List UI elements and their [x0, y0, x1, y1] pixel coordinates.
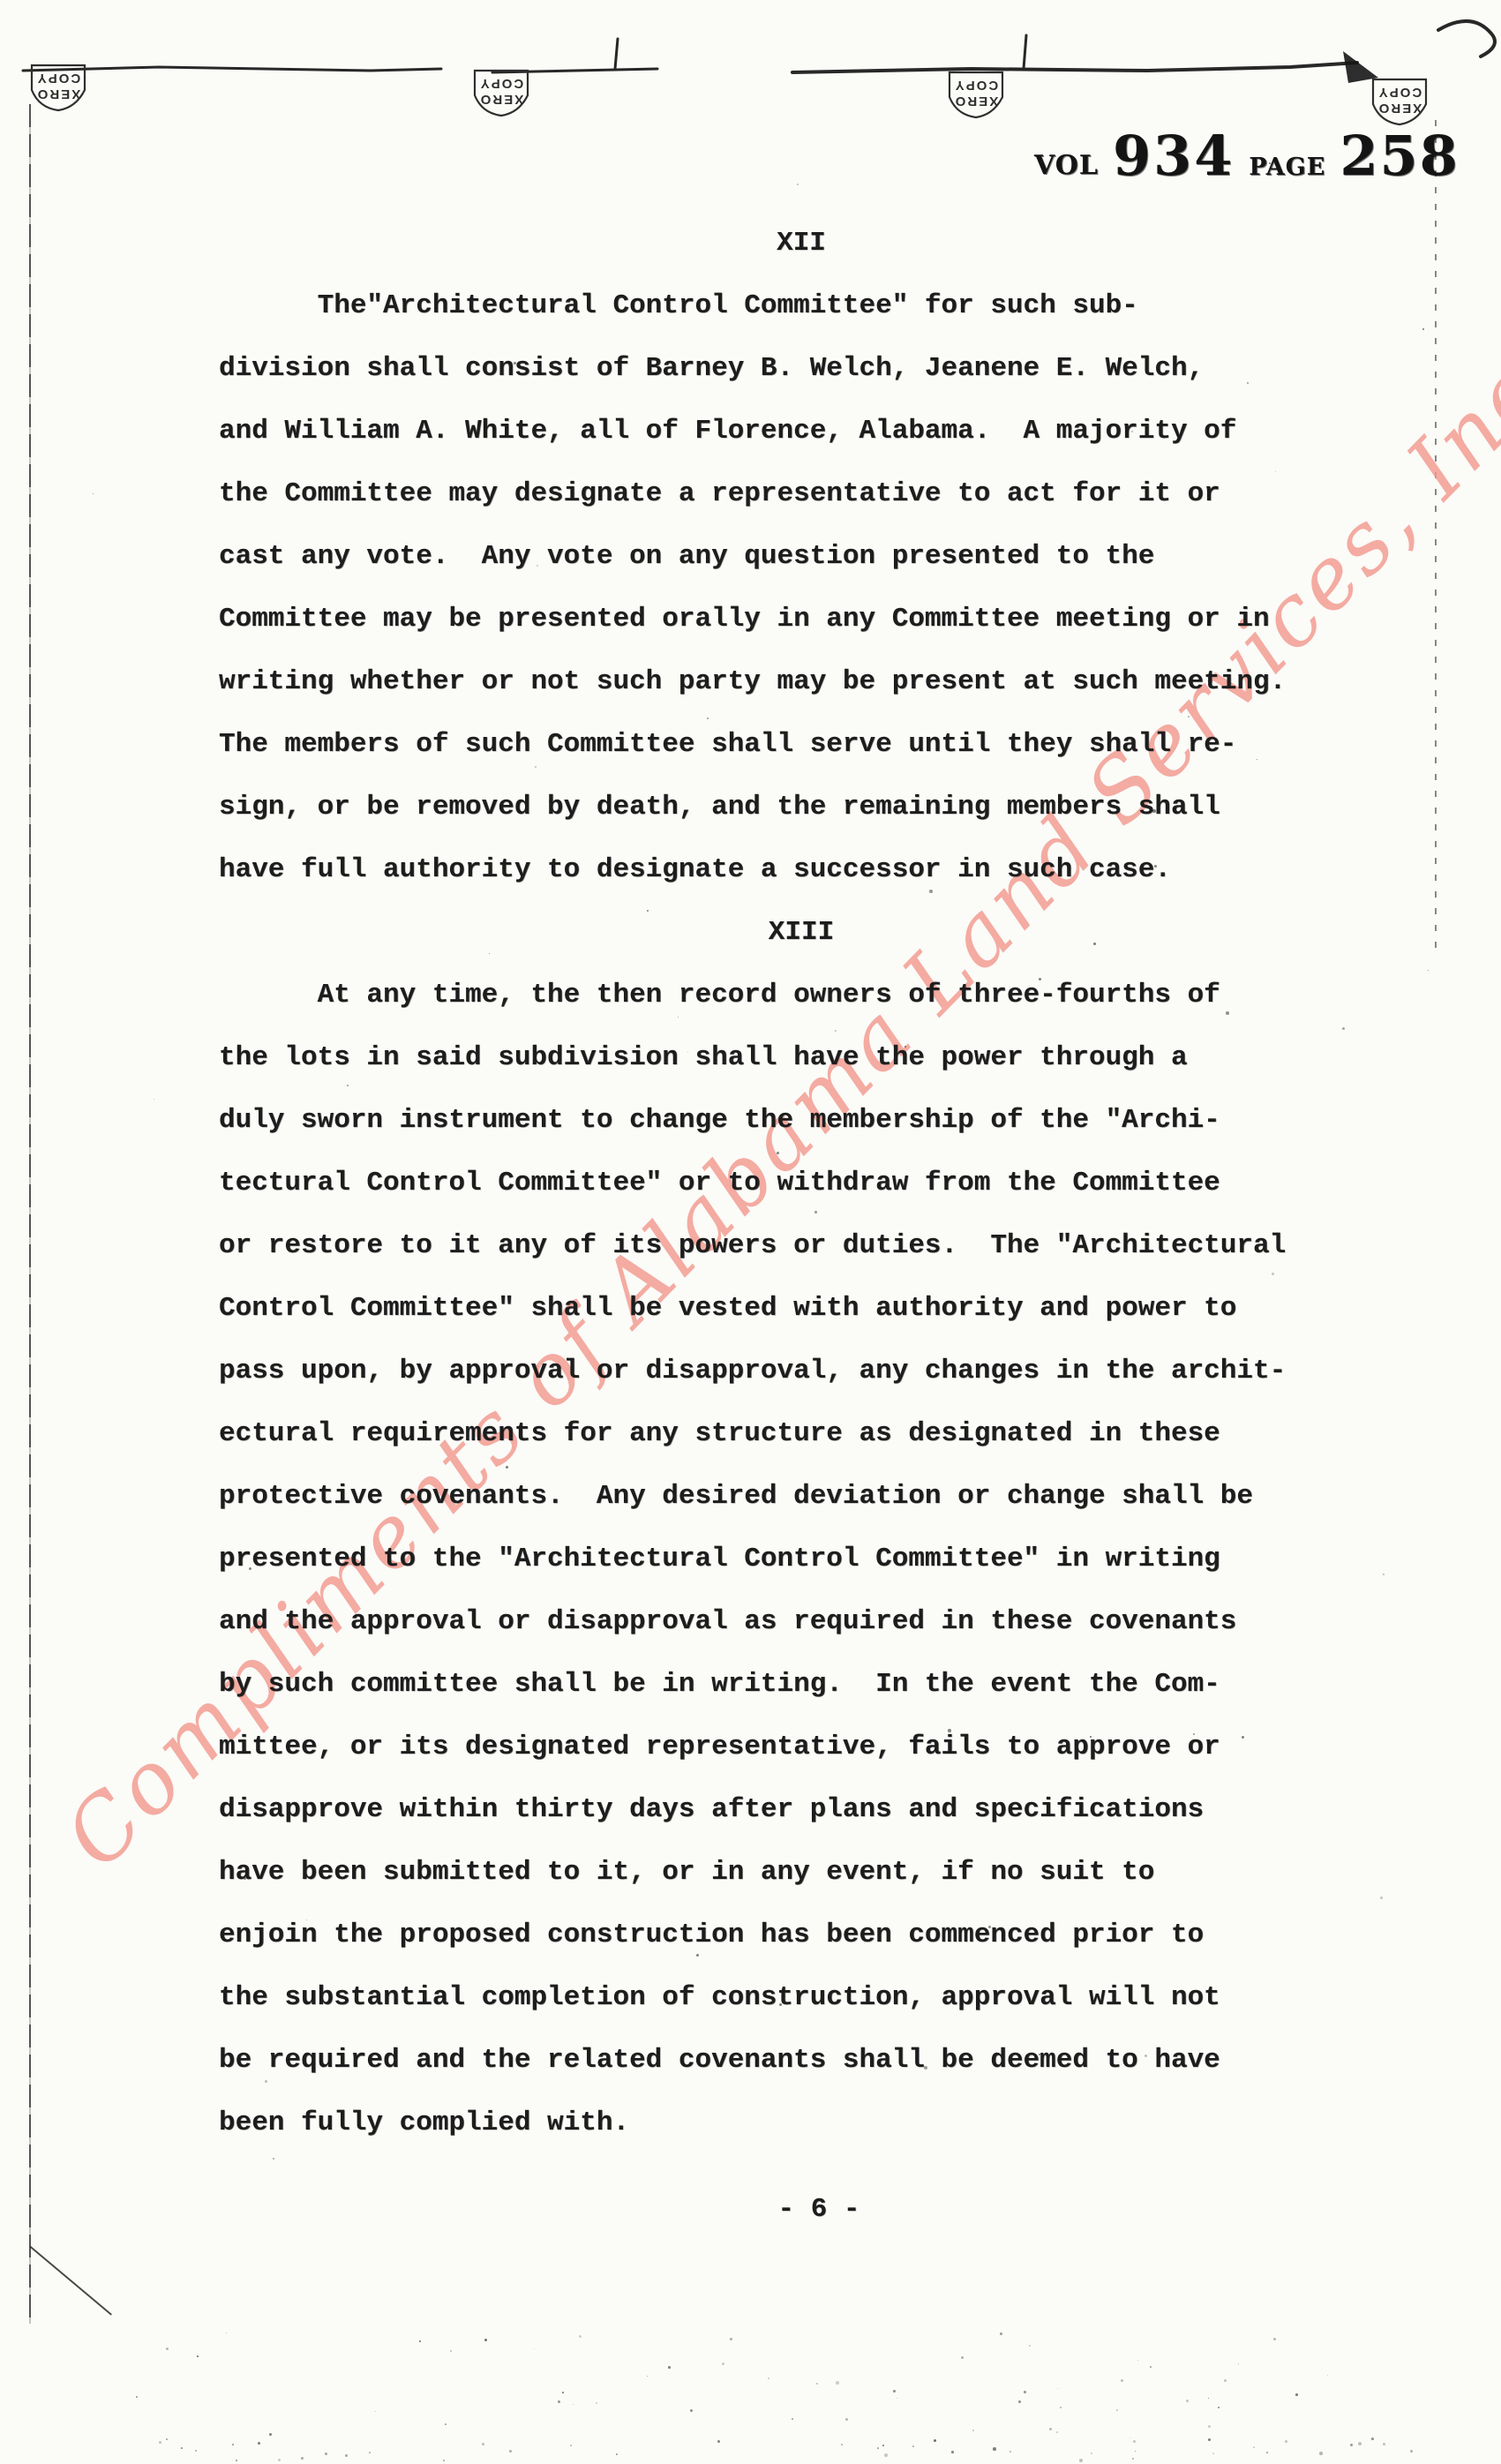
noise-speck — [166, 2438, 168, 2440]
xero-copy-stamp: XERO COPY — [468, 67, 535, 120]
xero-copy-stamp: XERO COPY — [942, 69, 1009, 122]
body-line: and the approval or disapproval as requi… — [219, 1590, 1313, 1653]
torn-edge-artifact — [0, 0, 1501, 185]
noise-speck — [893, 2390, 896, 2393]
noise-speck — [1212, 2453, 1214, 2454]
body-line: or restore to it any of its powers or du… — [219, 1214, 1313, 1277]
stamp-text-copy: COPY — [479, 76, 524, 91]
body-line: disapprove within thirty days after plan… — [219, 1778, 1313, 1841]
body-line: the lots in said subdivision shall have … — [219, 1026, 1313, 1089]
left-edge-line-artifact — [29, 104, 31, 2324]
noise-speck — [195, 2450, 197, 2452]
body-line: Control Committee" shall be vested with … — [219, 1277, 1313, 1340]
noise-speck — [443, 2460, 445, 2461]
document-body: XII The"Architectural Control Committee"… — [219, 212, 1313, 2154]
noise-speck — [136, 2396, 138, 2398]
noise-speck — [668, 2366, 671, 2369]
noise-speck — [375, 2411, 376, 2412]
noise-speck — [1319, 2452, 1323, 2455]
noise-speck — [1383, 1574, 1385, 1575]
noise-speck — [278, 2459, 281, 2461]
noise-speck — [226, 2333, 227, 2333]
noise-speck — [841, 2444, 843, 2445]
noise-speck — [258, 2442, 260, 2445]
noise-speck — [816, 2383, 818, 2385]
noise-speck — [1358, 2442, 1362, 2445]
noise-speck — [154, 1099, 154, 1100]
body-line: be required and the related covenants sh… — [219, 2029, 1313, 2092]
noise-speck — [884, 2453, 888, 2457]
noise-speck — [1135, 2451, 1136, 2452]
noise-speck — [1091, 2453, 1092, 2454]
noise-speck — [1410, 2450, 1413, 2453]
noise-speck — [836, 2381, 839, 2385]
noise-speck — [596, 2402, 597, 2404]
noise-speck — [1428, 970, 1429, 971]
noise-speck — [273, 2158, 274, 2160]
noise-speck — [484, 2339, 487, 2341]
noise-speck — [1029, 2345, 1031, 2347]
body-line: At any time, the then record owners of t… — [219, 964, 1313, 1026]
body-line: writing whether or not such party may be… — [219, 650, 1313, 713]
noise-speck — [1224, 2379, 1227, 2382]
noise-speck — [269, 2433, 272, 2436]
noise-speck — [961, 2356, 964, 2359]
body-line: The"Architectural Control Committee" for… — [219, 274, 1313, 337]
noise-speck — [722, 2363, 724, 2365]
body-line: sign, or be removed by death, and the re… — [219, 776, 1313, 838]
noise-speck — [1060, 2407, 1062, 2408]
scanned-document-page: XERO COPY XERO COPY XERO COPY XERO — [0, 0, 1501, 2464]
body-line: been fully complied with. — [219, 2092, 1313, 2154]
noise-speck — [573, 2404, 574, 2405]
noise-speck — [1121, 2379, 1123, 2382]
noise-speck — [325, 2453, 327, 2455]
noise-speck — [717, 2440, 720, 2443]
body-line: division shall consist of Barney B. Welc… — [219, 337, 1313, 400]
noise-speck — [951, 2451, 954, 2453]
footer-page-number: - 6 - — [219, 2178, 1366, 2241]
noise-speck — [445, 2423, 447, 2425]
noise-speck — [1422, 328, 1424, 330]
body-line: presented to the "Architectural Control … — [219, 1528, 1313, 1590]
xero-copy-stamp: XERO COPY — [25, 62, 92, 115]
noise-speck — [1253, 2446, 1255, 2448]
noise-speck — [534, 2348, 535, 2349]
noise-speck — [1285, 2440, 1287, 2443]
noise-speck — [1057, 2388, 1058, 2389]
body-line: enjoin the proposed construction has bee… — [219, 1904, 1313, 1966]
noise-speck — [1018, 2400, 1021, 2403]
noise-speck — [1137, 2360, 1138, 2361]
noise-speck — [1130, 2438, 1130, 2438]
stamp-text-xero: XERO — [36, 86, 81, 101]
noise-speck — [1079, 2459, 1083, 2462]
noise-speck — [345, 2454, 348, 2457]
section-heading: XII — [219, 212, 1313, 274]
noise-speck — [509, 2450, 512, 2453]
body-line: the Committee may designate a representa… — [219, 462, 1313, 525]
noise-speck — [1266, 2452, 1268, 2453]
diagonal-line-artifact — [30, 2246, 112, 2316]
noise-speck — [768, 2378, 769, 2379]
noise-speck — [1371, 2438, 1374, 2440]
noise-speck — [972, 2430, 974, 2431]
noise-speck — [1273, 2338, 1276, 2340]
noise-speck — [369, 2452, 371, 2453]
body-line: have full authority to designate a succe… — [219, 838, 1313, 901]
noise-speck — [450, 2350, 452, 2352]
body-line: The members of such Committee shall serv… — [219, 713, 1313, 776]
noise-speck — [1208, 2438, 1211, 2441]
stamp-text-copy: COPY — [36, 71, 81, 86]
noise-speck — [419, 2340, 421, 2342]
noise-speck — [1208, 2425, 1211, 2428]
noise-speck — [232, 2444, 234, 2445]
noise-speck — [730, 2338, 732, 2340]
stamp-text-copy: COPY — [1377, 85, 1422, 100]
noise-speck — [1116, 2409, 1118, 2411]
stamp-text-xero: XERO — [1377, 101, 1422, 116]
noise-speck — [301, 2457, 304, 2460]
noise-speck — [482, 2443, 484, 2445]
noise-speck — [1024, 2391, 1026, 2393]
noise-speck — [562, 2392, 564, 2393]
noise-speck — [1380, 1897, 1383, 1899]
noise-speck — [934, 2439, 936, 2442]
xero-copy-stamp: XERO COPY — [1366, 76, 1433, 129]
noise-speck — [570, 2445, 572, 2446]
noise-speck — [579, 2335, 582, 2338]
corner-swoosh-artifact — [1438, 21, 1495, 56]
stamp-text-xero: XERO — [954, 94, 999, 109]
noise-speck — [1009, 2451, 1011, 2453]
noise-speck — [1186, 2400, 1189, 2402]
noise-speck — [1132, 2458, 1134, 2460]
body-line: pass upon, by approval or disapproval, a… — [219, 1340, 1313, 1402]
body-line: protective covenants. Any desired deviat… — [219, 1465, 1313, 1528]
noise-speck — [690, 2409, 693, 2412]
noise-speck — [1327, 2375, 1328, 2376]
body-line: tectural Control Committee" or to withdr… — [219, 1152, 1313, 1214]
noise-speck — [159, 2441, 161, 2444]
noise-speck — [93, 493, 94, 494]
noise-speck — [1133, 2440, 1136, 2443]
noise-speck — [882, 2445, 884, 2446]
noise-speck — [1350, 2444, 1353, 2446]
noise-speck — [1295, 2393, 1298, 2396]
noise-speck — [912, 2445, 914, 2447]
noise-speck — [1056, 2431, 1058, 2433]
noise-speck — [166, 2348, 169, 2350]
noise-speck — [897, 2398, 897, 2399]
body-line: and William A. White, all of Florence, A… — [219, 400, 1313, 462]
body-line: duly sworn instrument to change the memb… — [219, 1089, 1313, 1152]
noise-speck — [1208, 2398, 1209, 2399]
stamp-text-xero: XERO — [479, 92, 524, 107]
noise-speck — [1238, 2363, 1239, 2364]
noise-speck — [616, 2453, 618, 2455]
noise-speck — [558, 2400, 560, 2403]
section-heading: XIII — [219, 901, 1313, 964]
noise-speck — [1383, 2443, 1385, 2445]
noise-speck — [236, 2460, 237, 2461]
noise-speck — [197, 2355, 199, 2357]
noise-speck — [1342, 1027, 1345, 1030]
noise-speck — [1049, 2428, 1052, 2430]
body-line: have been submitted to it, or in any eve… — [219, 1841, 1313, 1904]
noise-speck — [792, 2418, 793, 2420]
body-line: mittee, or its designated representative… — [219, 1716, 1313, 1778]
noise-speck — [845, 2418, 848, 2421]
noise-speck — [993, 2447, 996, 2451]
noise-speck — [1000, 2333, 1002, 2335]
noise-speck — [1218, 2407, 1220, 2408]
stamp-text-copy: COPY — [954, 78, 999, 93]
noise-speck — [1150, 2366, 1152, 2368]
body-line: Committee may be presented orally in any… — [219, 588, 1313, 650]
noise-speck — [647, 2376, 648, 2377]
body-line: by such committee shall be in writing. I… — [219, 1653, 1313, 1716]
noise-speck — [181, 2447, 183, 2449]
noise-speck — [877, 2447, 879, 2449]
body-line: cast any vote. Any vote on any question … — [219, 525, 1313, 588]
body-line: ectural requirements for any structure a… — [219, 1402, 1313, 1465]
body-line: the substantial completion of constructi… — [219, 1966, 1313, 2029]
